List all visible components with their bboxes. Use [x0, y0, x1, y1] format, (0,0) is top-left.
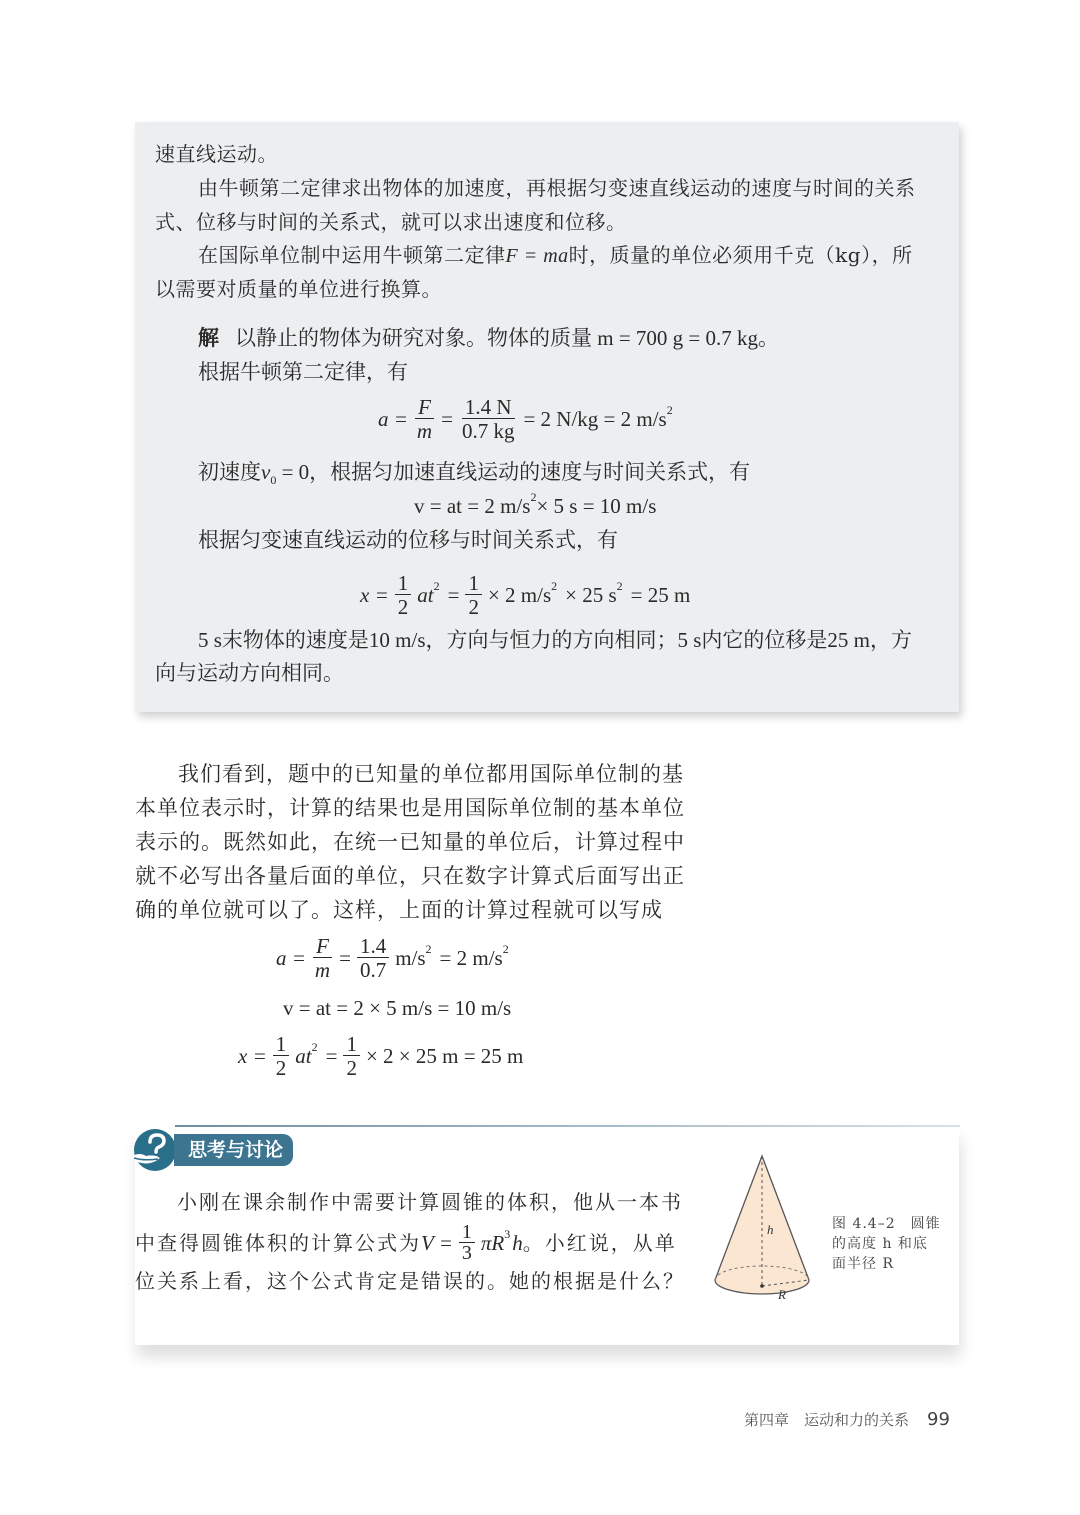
solution-line-4: 根据匀变速直线运动的位移与时间关系式，有: [198, 526, 618, 554]
frac-den: 2: [395, 595, 412, 619]
simplified-equation-acceleration: a = Fm = 1.40.7 m/s2 = 2 m/s2: [276, 935, 509, 982]
frac-den: 0.7 kg: [459, 419, 518, 443]
superscript: 2: [426, 942, 432, 957]
fraction: 12: [465, 572, 482, 619]
eq-part: at: [295, 1044, 311, 1069]
fraction: Fm: [312, 935, 333, 982]
solution-line-1: 解以静止的物体为研究对象。物体的质量 m = 700 g = 0.7 kg。: [198, 324, 779, 352]
eq-rhs: = 2 m/s: [440, 946, 503, 971]
cone-height-label: h: [767, 1222, 774, 1237]
eq-part: v = at = 2 m/s: [414, 494, 530, 519]
solution-line-2: 根据牛顿第二定律，有: [198, 358, 408, 386]
text: 。小红说，从单: [523, 1224, 677, 1262]
analysis-line-4: 在国际单位制中运用牛顿第二定律F = ma时，质量的单位必须用千克（kg），所: [198, 241, 913, 270]
analysis-line-1: 速直线运动。: [155, 140, 278, 168]
caption-line-2: 的高度 h 和底: [832, 1234, 941, 1254]
analysis-line-4-post: 时，质量的单位必须用千克（kg），所: [569, 243, 913, 267]
superscript: 2: [530, 490, 536, 505]
page-footer: 第四章 运动和力的关系99: [744, 1409, 950, 1430]
fraction: 12: [273, 1033, 290, 1080]
eq-part: × 25 s: [565, 583, 617, 608]
eq-rest: × 2 × 25 m = 25 m: [366, 1044, 523, 1069]
frac-num: 1: [465, 572, 482, 595]
eq-lhs: x =: [238, 1044, 267, 1069]
eq-lhs: a =: [276, 946, 306, 971]
discussion-line-3: 位关系上看，这个公式肯定是错误的。她的根据是什么？: [135, 1262, 685, 1300]
caption-line-1: 图 4.4–2 圆锥: [832, 1214, 941, 1234]
eq-sign: =: [448, 583, 460, 608]
frac-num: 1: [395, 572, 412, 595]
analysis-line-5: 以需要对质量的单位进行换算。: [155, 275, 442, 303]
eq-sign: =: [441, 407, 453, 432]
frac-num: 1.4: [357, 935, 389, 958]
analysis-line-2: 由牛顿第二定律求出物体的加速度，再根据匀变速直线运动的速度与时间的关系: [198, 174, 916, 202]
frac-num: F: [415, 396, 434, 419]
analysis-line-4-pre: 在国际单位制中运用牛顿第二定律: [198, 243, 506, 267]
eq-sign: =: [339, 946, 351, 971]
eq-lhs: x =: [360, 583, 389, 608]
body-line-5: 确的单位就可以了。这样，上面的计算过程就可以写成: [135, 893, 663, 927]
frac-num: 1: [343, 1033, 360, 1056]
solution-line-3: 初速度v0 = 0，根据匀加速直线运动的速度与时间关系式，有: [198, 458, 750, 489]
analysis-line-3: 式、位移与时间的关系式，就可以求出速度和位移。: [155, 208, 627, 236]
discussion-title: 思考与讨论: [174, 1134, 293, 1166]
fraction: 13: [459, 1222, 475, 1263]
text: = 0，根据匀加速直线运动的速度与时间关系式，有: [276, 460, 750, 484]
newton-formula: F = ma: [506, 245, 569, 267]
fraction: 12: [343, 1033, 360, 1080]
eq-rhs: = 25 m: [631, 583, 691, 608]
text: 中查得圆锥体积的计算公式为: [135, 1224, 421, 1262]
formula-part: h: [512, 1224, 523, 1262]
eq-lhs: a =: [378, 407, 408, 432]
eq-sign: =: [326, 1044, 338, 1069]
frac-den: m: [312, 958, 333, 982]
body-line-2: 本单位表示时，计算的结果也是用国际单位制的基本单位: [135, 791, 685, 825]
superscript: 2: [312, 1040, 318, 1055]
text: 初速度: [198, 460, 261, 484]
cone-radius-label: R: [777, 1287, 786, 1302]
superscript: 3: [504, 1215, 512, 1253]
simplified-equation-displacement: x = 12 at2 = 12 × 2 × 25 m = 25 m: [238, 1033, 523, 1080]
solution-line-5: 5 s末物体的速度是10 m/s，方向与恒力的方向相同；5 s内它的位移是25 …: [198, 626, 912, 654]
solution-label: 解: [198, 326, 219, 350]
equation-displacement: x = 12 at2 = 12 × 2 m/s2 × 25 s2 = 25 m: [360, 572, 690, 619]
superscript: 2: [503, 942, 509, 957]
superscript: 2: [551, 579, 557, 594]
equation-acceleration: a = Fm = 1.4 N0.7 kg = 2 N/kg = 2 m/s2: [378, 396, 673, 443]
frac-den: 0.7: [357, 958, 389, 982]
fraction: 1.40.7: [357, 935, 389, 982]
body-line-4: 就不必写出各量后面的单位，只在数字计算式后面写出正: [135, 859, 685, 893]
page-number: 99: [927, 1409, 950, 1430]
formula-lhs: V =: [421, 1224, 453, 1262]
frac-num: 1: [459, 1222, 475, 1243]
frac-den: 3: [459, 1243, 475, 1263]
discussion-divider: [175, 1125, 960, 1127]
superscript: 2: [617, 579, 623, 594]
cone-figure: h R: [705, 1150, 825, 1310]
body-line-1: 我们看到，题中的已知量的单位都用国际单位制的基: [178, 757, 684, 791]
eq-part: × 5 s = 10 m/s: [536, 494, 656, 519]
caption-line-3: 面半径 R: [832, 1254, 941, 1274]
frac-num: 1.4 N: [462, 396, 515, 419]
figure-caption: 图 4.4–2 圆锥 的高度 h 和底 面半径 R: [832, 1214, 941, 1274]
discussion-line-2: 中查得圆锥体积的计算公式为 V = 13 πR3h 。小红说，从单: [135, 1222, 677, 1263]
eq-unit: m/s: [395, 946, 425, 971]
discussion-line-1: 小刚在课余制作中需要计算圆锥的体积，他从一本书: [177, 1183, 683, 1221]
frac-den: 2: [465, 595, 482, 619]
eq-part: at: [417, 583, 433, 608]
fraction: Fm: [414, 396, 435, 443]
frac-num: F: [313, 935, 332, 958]
body-line-3: 表示的。既然如此，在统一已知量的单位后，计算过程中: [135, 825, 685, 859]
fraction: 12: [395, 572, 412, 619]
frac-num: 1: [273, 1033, 290, 1056]
frac-den: 2: [273, 1056, 290, 1080]
superscript: 2: [667, 403, 673, 418]
chapter-title: 第四章 运动和力的关系: [744, 1411, 909, 1429]
eq-rhs: = 2 N/kg = 2 m/s: [523, 407, 666, 432]
var: v: [261, 460, 270, 484]
formula-part: πR: [481, 1224, 504, 1262]
simplified-equation-velocity: v = at = 2 × 5 m/s = 10 m/s: [283, 996, 511, 1021]
equation-velocity: v = at = 2 m/s2 × 5 s = 10 m/s: [414, 492, 656, 520]
subscript: 0: [270, 473, 276, 487]
fraction: 1.4 N0.7 kg: [459, 396, 518, 443]
superscript: 2: [434, 579, 440, 594]
solution-line-6: 向与运动方向相同。: [155, 659, 344, 687]
solution-line-1-text: 以静止的物体为研究对象。物体的质量 m = 700 g = 0.7 kg。: [235, 326, 779, 350]
eq-part: × 2 m/s: [488, 583, 551, 608]
discussion-header: 思考与讨论: [128, 1128, 293, 1172]
frac-den: 2: [343, 1056, 360, 1080]
frac-den: m: [414, 419, 435, 443]
